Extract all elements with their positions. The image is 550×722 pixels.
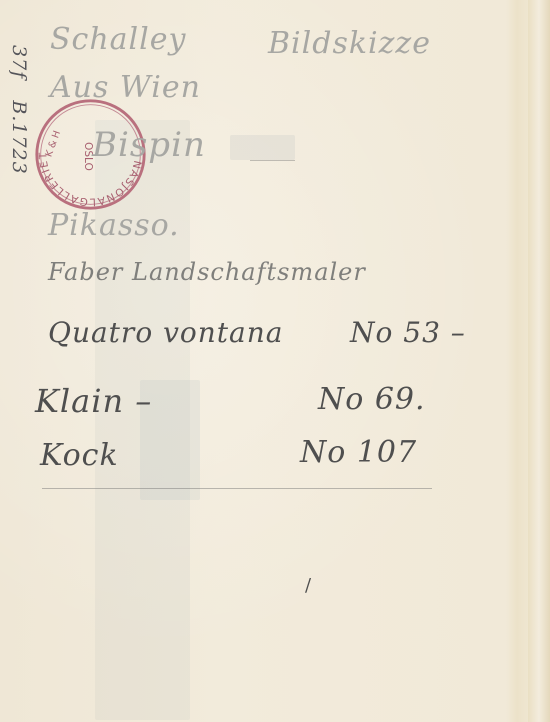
underline-rule	[42, 488, 432, 489]
note-line-artist: Faber Landschaftsmaler	[48, 258, 366, 286]
entry-number: No 53 –	[350, 316, 466, 349]
entry-number: No 69.	[318, 382, 426, 417]
note-line-title-suffix: Bildskizze	[268, 26, 431, 61]
entry-label: Klain –	[35, 382, 152, 420]
inventory-number: 37f B.1723	[6, 45, 30, 215]
show-through-shadow	[230, 135, 295, 160]
stray-pencil-mark: /	[305, 575, 312, 596]
note-line-title: Schalley	[50, 22, 186, 57]
note-line-name: Pikasso.	[48, 208, 180, 243]
inventory-prefix: 37f	[8, 45, 30, 79]
entry-label: Quatro vontana	[48, 316, 283, 349]
inventory-code: B.1723	[8, 100, 30, 174]
entry-label: Kock	[40, 438, 119, 473]
entry-number: No 107	[300, 435, 417, 470]
paper-edge-strip	[528, 0, 550, 722]
note-line-crossed: Bispin	[92, 125, 206, 165]
note-line-origin: Aus Wien	[50, 70, 201, 105]
document-sheet: 37f B.1723 NASJONALGALLERIET K & H OSLO …	[0, 0, 550, 722]
strike-line	[250, 160, 295, 161]
